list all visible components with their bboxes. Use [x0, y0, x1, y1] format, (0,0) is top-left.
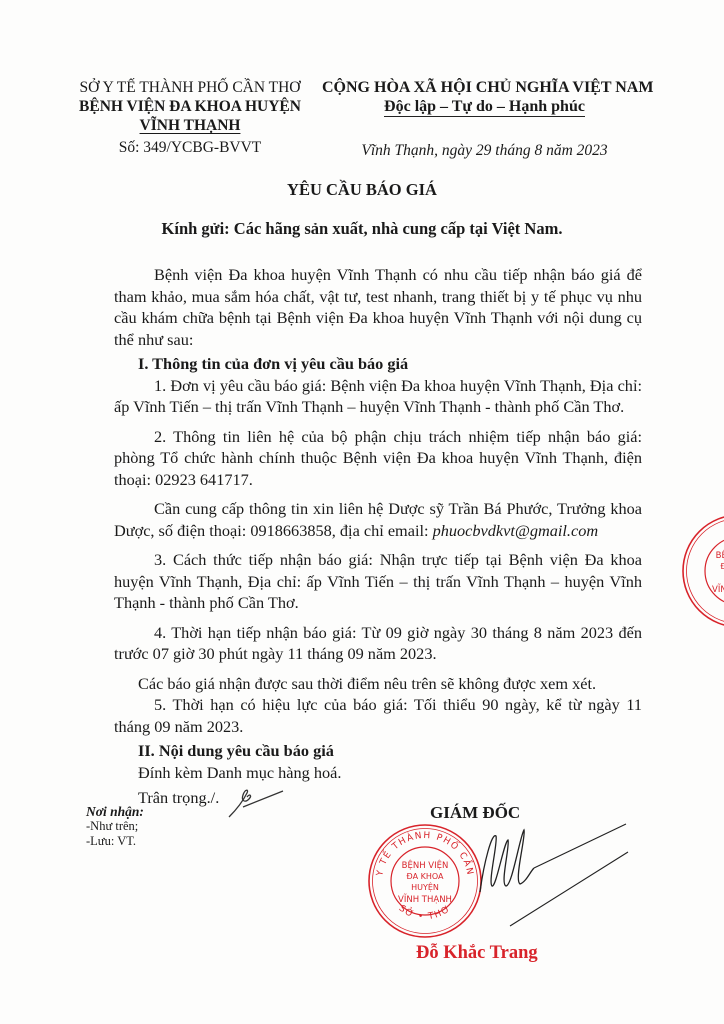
greeting: Kính gửi: Các hãng sản xuất, nhà cung cấ… — [0, 219, 724, 239]
svg-text:ĐA KHOA: ĐA KHOA — [407, 872, 444, 881]
agency-name: SỞ Y TẾ THÀNH PHỐ CẦN THƠ — [40, 78, 340, 97]
recipients-label: Nơi nhận: — [86, 804, 144, 819]
organization-name-line2: VĨNH THẠNH — [40, 116, 340, 135]
section-1-heading: I. Thông tin của đơn vị yêu cầu báo giá — [114, 353, 642, 375]
svg-text:BỆNH VIỆN: BỆNH VIỆN — [402, 859, 449, 871]
svg-text:ĐA KHOA: ĐA KHOA — [721, 562, 724, 571]
item-3: 3. Cách thức tiếp nhận báo giá: Nhận trự… — [114, 549, 642, 614]
document-number: Số: 349/YCBG-BVVT — [40, 138, 340, 157]
svg-text:BỆNH VIỆN: BỆNH VIỆN — [716, 549, 724, 561]
signatory-name: Đỗ Khắc Trang — [416, 943, 538, 964]
attachment-note: Đính kèm Danh mục hàng hoá. — [114, 762, 642, 784]
director-signature-icon — [470, 822, 630, 932]
header-left: SỞ Y TẾ THÀNH PHỐ CẦN THƠ BỆNH VIỆN ĐA K… — [40, 78, 340, 157]
intro-paragraph: Bệnh viện Đa khoa huyện Vĩnh Thạnh có nh… — [114, 264, 642, 350]
deadline-note: Các báo giá nhận được sau thời điểm nêu … — [114, 673, 642, 695]
closing: Trân trọng./. — [114, 787, 642, 819]
initial-signature-icon — [225, 787, 285, 819]
place-and-date: Vĩnh Thạnh, ngày 29 tháng 8 năm 2023 — [322, 141, 647, 160]
svg-text:HUYỆN: HUYỆN — [411, 881, 439, 893]
section-2-heading: II. Nội dung yêu cầu báo giá — [114, 740, 642, 762]
document-title: YÊU CẦU BÁO GIÁ — [0, 180, 724, 200]
recipient-item: -Như trên; — [86, 819, 144, 834]
edge-stamp-icon: BỆNH VIỆN ĐA KHOA HUYỆN VĨNH THẠNH — [680, 512, 724, 630]
item-4: 4. Thời hạn tiếp nhận báo giá: Từ 09 giờ… — [114, 622, 642, 665]
national-title: CỘNG HÒA XÃ HỘI CHỦ NGHĨA VIỆT NAM — [322, 78, 647, 97]
header-right: CỘNG HÒA XÃ HỘI CHỦ NGHĨA VIỆT NAM Độc l… — [322, 78, 647, 160]
recipient-item: -Lưu: VT. — [86, 834, 144, 849]
national-motto: Độc lập – Tự do – Hạnh phúc — [322, 97, 647, 116]
recipients-block: Nơi nhận: -Như trên; -Lưu: VT. — [86, 804, 144, 849]
item-1: 1. Đơn vị yêu cầu báo giá: Bệnh viện Đa … — [114, 375, 642, 418]
official-stamp-icon: Y TẾ THÀNH PHỐ CẦN SỞ • THƠ BỆNH VIỆN ĐA… — [366, 822, 484, 940]
contact-email: phuocbvdkvt@gmail.com — [433, 521, 599, 540]
contact-paragraph: Cần cung cấp thông tin xin liên hệ Dược … — [114, 498, 642, 541]
signatory-title: GIÁM ĐỐC — [430, 803, 520, 823]
item-5: 5. Thời hạn có hiệu lực của báo giá: Tối… — [114, 694, 642, 737]
svg-text:VĨNH THẠNH: VĨNH THẠNH — [398, 894, 452, 905]
organization-name: BỆNH VIỆN ĐA KHOA HUYỆN — [40, 97, 340, 116]
svg-text:VĨNH THẠNH: VĨNH THẠNH — [712, 584, 724, 595]
document-body: Bệnh viện Đa khoa huyện Vĩnh Thạnh có nh… — [114, 264, 642, 819]
item-2: 2. Thông tin liên hệ của bộ phận chịu tr… — [114, 426, 642, 491]
svg-text:SỞ • THƠ: SỞ • THƠ — [397, 904, 453, 923]
page-edge-stamp: BỆNH VIỆN ĐA KHOA HUYỆN VĨNH THẠNH — [680, 512, 724, 632]
